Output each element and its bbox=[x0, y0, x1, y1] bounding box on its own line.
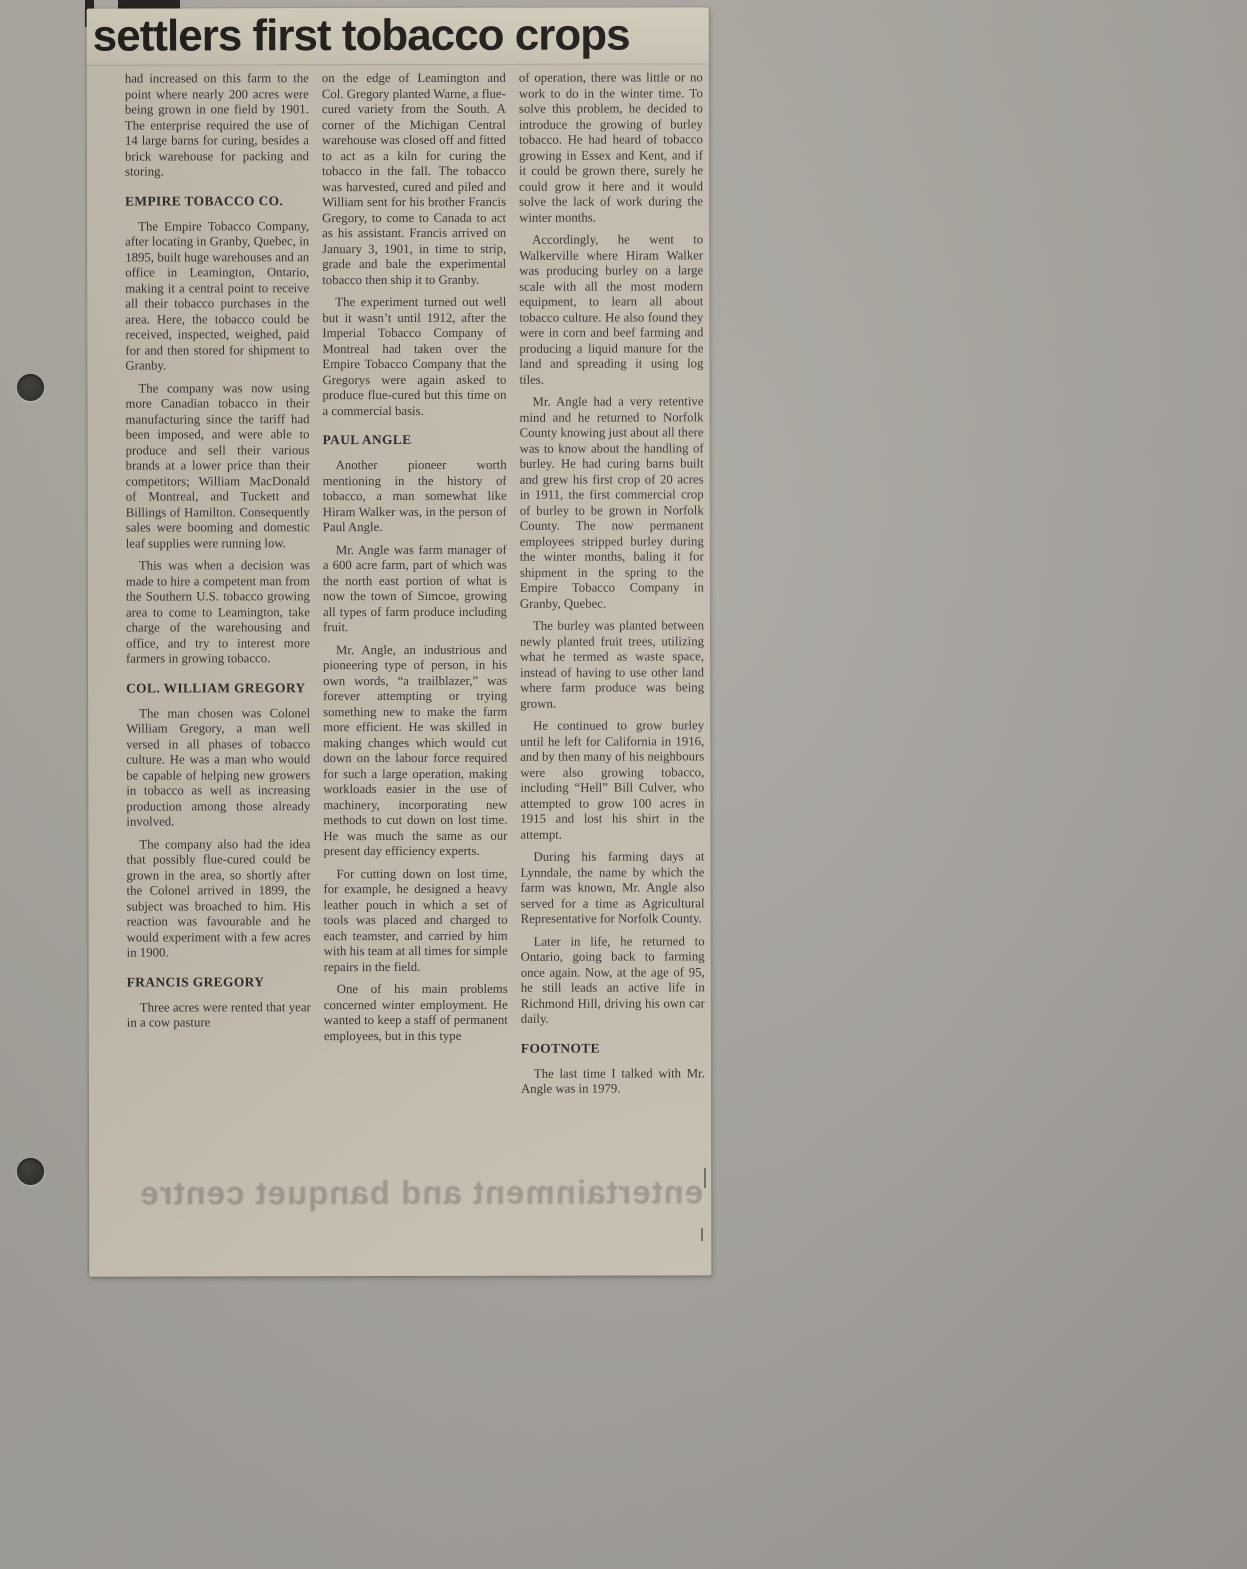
section-heading: EMPIRE TOBACCO CO. bbox=[125, 193, 309, 208]
paragraph: Accordingly, he went to Walkerville wher… bbox=[519, 232, 703, 387]
ink-bleedthrough-text: entertainment and banquet centre bbox=[117, 1173, 703, 1212]
hole-punch-top bbox=[17, 374, 44, 401]
paragraph: The burley was planted between newly pla… bbox=[520, 618, 704, 711]
paragraph: had increased on this farm to the point … bbox=[125, 71, 309, 180]
column-1: had increased on this farm to the point … bbox=[125, 71, 312, 1268]
article-headline: settlers first tobacco crops bbox=[93, 10, 630, 63]
paragraph: The man chosen was Colonel William Grego… bbox=[126, 706, 310, 830]
paragraph: He continued to grow burley until he lef… bbox=[520, 718, 704, 842]
edge-mark bbox=[701, 1228, 703, 1241]
section-heading: FRANCIS GREGORY bbox=[127, 974, 311, 989]
paragraph: Mr. Angle had a very retentive mind and … bbox=[519, 394, 703, 611]
paragraph: One of his main problems concerned winte… bbox=[324, 982, 508, 1044]
paragraph: Mr. Angle, an industrious and pioneering… bbox=[323, 642, 507, 859]
section-heading: FOOTNOTE bbox=[521, 1040, 705, 1055]
column-2: on the edge of Leamington and Col. Grego… bbox=[322, 71, 509, 1268]
headline-strip: settlers first tobacco crops bbox=[87, 7, 709, 64]
section-heading: COL. WILLIAM GREGORY bbox=[126, 680, 310, 695]
paragraph: Three acres were rented that year in a c… bbox=[127, 1000, 311, 1031]
paragraph: During his farming days at Lynndale, the… bbox=[520, 849, 704, 927]
paragraph: Mr. Angle was farm manager of a 600 acre… bbox=[323, 542, 507, 635]
paragraph: The company also had the idea that possi… bbox=[126, 837, 310, 961]
scrapbook-page: settlers first tobacco crops had increas… bbox=[0, 0, 1247, 1569]
paragraph: of operation, there was little or no wor… bbox=[519, 70, 703, 225]
edge-mark bbox=[704, 1168, 706, 1188]
paragraph: For cutting down on lost time, for examp… bbox=[323, 866, 507, 975]
paragraph: The Empire Tobacco Company, after locati… bbox=[125, 219, 309, 374]
paragraph: This was when a decision was made to hir… bbox=[126, 558, 310, 667]
section-heading: PAUL ANGLE bbox=[323, 432, 507, 447]
paragraph: The experiment turned out well but it wa… bbox=[322, 295, 506, 419]
paragraph: Another pioneer worth mentioning in the … bbox=[323, 458, 507, 536]
newspaper-clipping: settlers first tobacco crops had increas… bbox=[87, 7, 712, 1276]
paragraph: The last time I talked with Mr. Angle wa… bbox=[521, 1066, 705, 1097]
paragraph: Later in life, he returned to Ontario, g… bbox=[521, 934, 705, 1027]
paragraph: on the edge of Leamington and Col. Grego… bbox=[322, 71, 506, 288]
paragraph: The company was now using more Canadian … bbox=[125, 381, 309, 552]
hole-punch-bottom bbox=[17, 1158, 44, 1185]
article-columns: had increased on this farm to the point … bbox=[87, 63, 712, 1276]
column-3: of operation, there was little or no wor… bbox=[519, 70, 706, 1267]
